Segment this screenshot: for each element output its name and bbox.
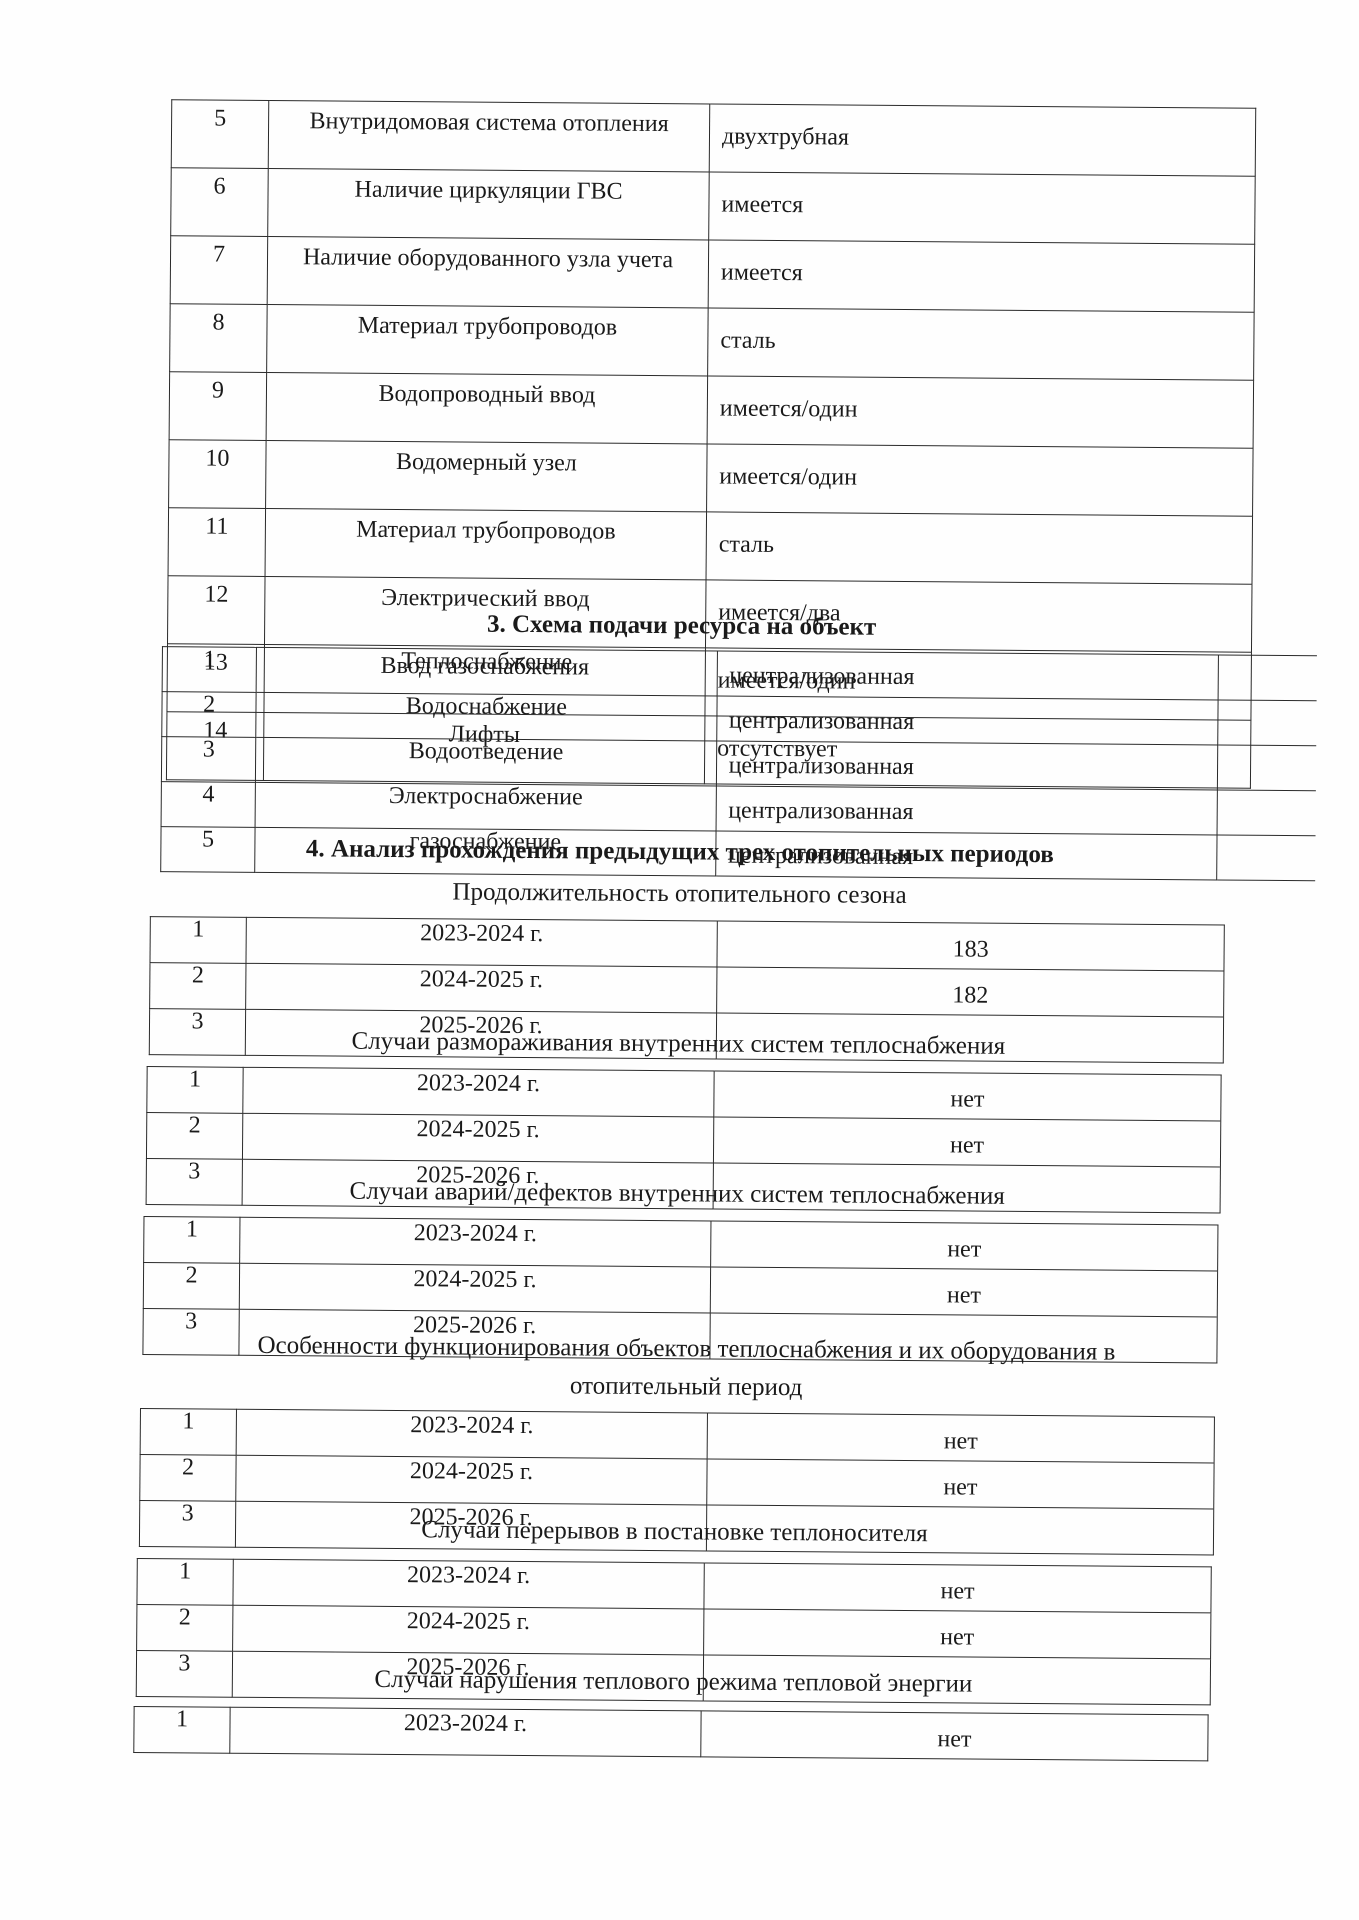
table-row: 12023-2024 г.нет xyxy=(137,1558,1211,1612)
period-label: 2024-2025 г. xyxy=(246,963,717,1013)
row-number: 5 xyxy=(171,100,269,169)
row-number: 2 xyxy=(140,1455,236,1502)
heating-period-table: 12023-2024 г.нет xyxy=(133,1706,1208,1761)
table-row: 12023-2024 г.нет xyxy=(134,1706,1208,1760)
period-value: нет xyxy=(713,1117,1220,1167)
row-number: 7 xyxy=(170,236,268,305)
row-number: 2 xyxy=(137,1604,233,1651)
table-row: 22024-2025 г.нет xyxy=(143,1263,1217,1317)
row-number: 1 xyxy=(140,1409,236,1456)
resource-name: Водоснабжение xyxy=(256,692,717,741)
row-number: 1 xyxy=(137,1558,233,1605)
period-label: 2023-2024 г. xyxy=(246,917,717,967)
parameter-name: Материал трубопроводов xyxy=(267,304,709,375)
row-number: 6 xyxy=(171,168,269,237)
period-label: 2024-2025 г. xyxy=(239,1263,710,1313)
row-number: 3 xyxy=(161,737,256,783)
supply-scheme: централизованная xyxy=(716,741,1218,790)
parameter-value: сталь xyxy=(708,308,1255,380)
period-label: 2023-2024 г. xyxy=(233,1559,704,1609)
row-number: 1 xyxy=(162,647,257,693)
document-page: 5Внутридомовая система отоплениядвухтруб… xyxy=(0,0,1359,1920)
row-number: 1 xyxy=(147,1067,243,1114)
row-number: 10 xyxy=(169,440,267,509)
row-number: 2 xyxy=(162,692,257,738)
row-number: 1 xyxy=(144,1217,240,1264)
empty-cell xyxy=(1218,655,1317,701)
parameter-name: Наличие циркуляции ГВС xyxy=(268,168,710,239)
heating-periods-analysis: Продолжительность отопительного сезона12… xyxy=(7,0,1359,6)
resource-name: Электроснабжение xyxy=(255,782,716,831)
period-label: 2023-2024 г. xyxy=(243,1067,714,1117)
table-row: 22024-2025 г.нет xyxy=(146,1113,1220,1167)
table-row: 12023-2024 г.нет xyxy=(144,1217,1218,1271)
resource-name: Водоотведение xyxy=(256,737,717,786)
row-number: 4 xyxy=(161,782,256,828)
period-label: 2023-2024 г. xyxy=(240,1217,711,1267)
parameter-value: имеется/один xyxy=(707,376,1254,448)
row-number: 9 xyxy=(169,372,267,441)
period-value: нет xyxy=(701,1711,1208,1761)
table-row: 6Наличие циркуляции ГВСимеется xyxy=(171,168,1256,245)
period-label: 2024-2025 г. xyxy=(242,1113,713,1163)
table-row: 22024-2025 г.нет xyxy=(137,1604,1211,1658)
period-value: нет xyxy=(707,1413,1214,1463)
row-number: 11 xyxy=(168,508,266,577)
period-value: нет xyxy=(707,1459,1214,1509)
period-label: 2023-2024 г. xyxy=(230,1707,701,1757)
row-number: 2 xyxy=(143,1263,239,1310)
period-label: 2024-2025 г. xyxy=(233,1605,704,1655)
empty-cell xyxy=(1218,700,1317,746)
row-number: 8 xyxy=(170,304,268,373)
resource-name: Теплоснабжение xyxy=(256,647,717,696)
row-number: 1 xyxy=(134,1706,230,1753)
parameter-name: Материал трубопроводов xyxy=(265,508,707,579)
row-number: 2 xyxy=(150,963,246,1010)
period-value: нет xyxy=(704,1609,1211,1659)
period-label: 2024-2025 г. xyxy=(236,1455,707,1505)
row-number: 2 xyxy=(146,1113,242,1160)
subsection-title: Продолжительность отопительного сезона xyxy=(0,875,1359,914)
table-row: 5Внутридомовая система отоплениядвухтруб… xyxy=(171,100,1256,177)
parameter-value: имеется xyxy=(709,172,1256,244)
parameter-value: двухтрубная xyxy=(709,104,1256,176)
period-value: 182 xyxy=(717,967,1224,1017)
table-row: 8Материал трубопроводовсталь xyxy=(170,304,1255,381)
subsection-title: Особенности функционирования объектов те… xyxy=(196,1326,1177,1410)
parameter-name: Наличие оборудованного узла учета xyxy=(267,236,709,307)
supply-scheme: централизованная xyxy=(717,651,1219,700)
parameter-name: Водомерный узел xyxy=(266,440,708,511)
parameter-name: Водопроводный ввод xyxy=(266,372,708,443)
table-row: 7Наличие оборудованного узла учетаимеетс… xyxy=(170,236,1255,313)
table-row: 12023-2024 г.нет xyxy=(147,1067,1221,1121)
period-value: нет xyxy=(711,1221,1218,1271)
empty-cell xyxy=(1217,790,1316,836)
parameter-value: имеется/один xyxy=(707,444,1254,516)
table-row: 11Материал трубопроводовсталь xyxy=(168,508,1253,585)
empty-cell xyxy=(1217,745,1316,791)
table-row: 22024-2025 г.182 xyxy=(150,963,1224,1017)
supply-scheme: централизованная xyxy=(716,696,1218,745)
period-value: нет xyxy=(714,1071,1221,1121)
table-row: 9Водопроводный вводимеется/один xyxy=(169,372,1254,449)
supply-scheme: централизованная xyxy=(716,786,1218,835)
parameter-name: Внутридомовая система отопления xyxy=(268,100,710,171)
parameter-value: имеется xyxy=(708,240,1255,312)
period-value: 183 xyxy=(717,921,1224,971)
row-number: 1 xyxy=(150,917,246,964)
parameter-value: сталь xyxy=(706,512,1253,584)
table-row: 10Водомерный узелимеется/один xyxy=(169,440,1254,517)
period-value: нет xyxy=(704,1563,1211,1613)
period-value: нет xyxy=(710,1267,1217,1317)
period-label: 2023-2024 г. xyxy=(236,1409,707,1459)
